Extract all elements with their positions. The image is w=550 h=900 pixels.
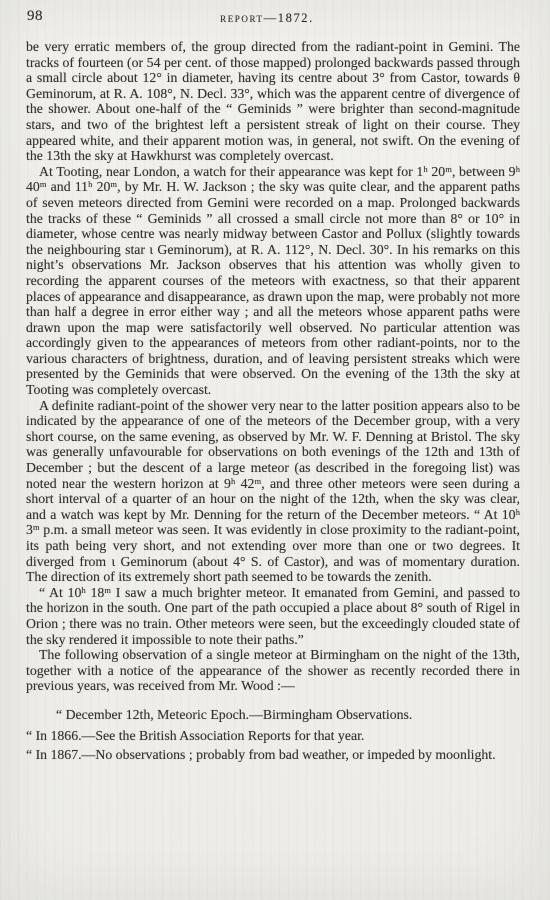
running-title: report—1872. [0, 11, 534, 26]
article-body: be very erratic members of, the group di… [26, 39, 520, 763]
letter-heading-meteoric-epoch: “ December 12th, Meteoric Epoch.—Birming… [56, 707, 520, 723]
paragraph-brighter-meteor-quote: “ At 10ʰ 18ᵐ I saw a much brighter meteo… [26, 585, 520, 647]
paragraph-continuation-geminids: be very erratic members of, the group di… [26, 39, 520, 164]
letter-entry-1866: “ In 1866.—See the British Association R… [26, 728, 520, 744]
paragraph-denning-bristol: A definite radiant-point of the shower v… [26, 398, 520, 585]
scanned-report-page: 98 report—1872. be very erratic members … [0, 0, 550, 900]
running-header: 98 report—1872. [0, 0, 550, 35]
letter-entry-1867: “ In 1867.—No observations ; probably fr… [26, 747, 520, 763]
paragraph-birmingham-intro: The following observation of a single me… [26, 647, 520, 694]
paragraph-tooting-jackson: At Tooting, near London, a watch for the… [26, 164, 520, 398]
